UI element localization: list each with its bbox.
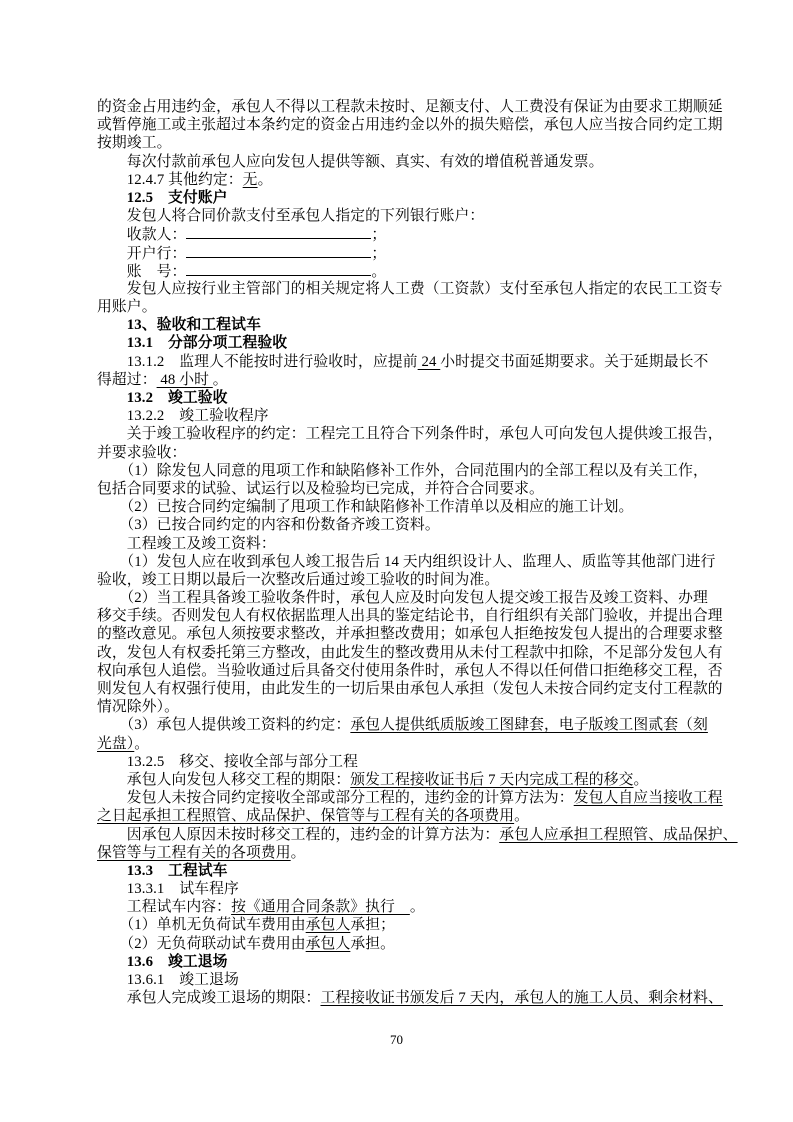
document-line: 验收，竣工日期以最后一次整改后通过竣工验收的时间为准。: [97, 571, 701, 589]
text-segment: 工程竣工及竣工资料：: [97, 536, 276, 552]
text-segment: 13.1.2 监理人不能按时进行验收时，应提前: [97, 354, 418, 370]
underlined-text-segment: 无: [243, 172, 258, 188]
underlined-text-segment: 光盘）: [97, 736, 134, 752]
document-line: 发包人将合同价款支付至承包人指定的下列银行账户：: [97, 207, 701, 225]
blank-underline-field: [186, 244, 371, 258]
text-segment: 按期竣工。: [97, 135, 172, 151]
text-segment: （2）已按合同约定编制了甩项工作和缺陷修补工作清单以及相应的施工计划。: [97, 499, 633, 515]
document-line: 发包人应按行业主管部门的相关规定将人工费（工资款）支付至承包人指定的农民工工资专: [97, 280, 701, 298]
text-segment: 13.3 工程试车: [97, 863, 228, 879]
text-segment: 12.4.7 其他约定：: [97, 172, 243, 188]
document-content: 的资金占用违约金，承包人不得以工程款未按时、足额支付、人工费没有保证为由要求工期…: [97, 98, 701, 1007]
document-line: 得超过： 48 小时 。: [97, 371, 701, 389]
text-segment: 发包人应按行业主管部门的相关规定将人工费（工资款）支付至承包人指定的农民工工资专: [97, 281, 723, 297]
underlined-text-segment: 保管等与工程有关的各项费用: [97, 845, 291, 861]
text-segment: 承包人完成竣工退场的期限：: [97, 990, 320, 1006]
text-segment: 13.6.1 竣工退场: [97, 972, 239, 988]
text-segment: 的整改意见。承包人须按要求整改，并承担整改费用；如承包人拒绝按发包人提出的合理要…: [97, 626, 723, 642]
document-line: 则发包人有权强行使用，由此发生的一切后果由承包人承担（发包人未按合同约定支付工程…: [97, 680, 701, 698]
text-segment: （2）当工程具备竣工验收条件时，承包人应及时向发包人提交竣工报告及竣工资料、办理: [97, 590, 708, 606]
document-line: 的资金占用违约金，承包人不得以工程款未按时、足额支付、人工费没有保证为由要求工期…: [97, 98, 701, 116]
document-line: 情况除外）。: [97, 698, 701, 716]
text-segment: 开户行：: [97, 246, 186, 262]
text-segment: 工程试车内容：: [97, 899, 231, 915]
underlined-text-segment: 48 小时: [157, 372, 213, 388]
document-line: （2）无负荷联动试车费用由承包人承担。: [97, 935, 701, 953]
document-line: 或暂停施工或主张超过本条约定的资金占用违约金以外的损失赔偿，承包人应当按合同约定…: [97, 116, 701, 134]
text-segment: 的资金占用违约金，承包人不得以工程款未按时、足额支付、人工费没有保证为由要求工期…: [97, 99, 723, 115]
text-segment: 13.1 分部分项工程验收: [97, 335, 287, 351]
underlined-text-segment: 发包人自应当接收工程: [574, 790, 723, 806]
document-line: 13.1.2 监理人不能按时进行验收时，应提前 24 小时提交书面延期要求。关于…: [97, 353, 701, 371]
text-segment: 改，发包人有权委托第三方整改，由此发生的整改费用从未付工程款中扣除，不足部分发包…: [97, 645, 723, 661]
underlined-text-segment: 之日起承担工程照管、成品保护、保管等与工程有关的各项费用: [97, 808, 514, 824]
document-line: 承包人向发包人移交工程的期限：颁发工程接收证书后 7 天内完成工程的移交。: [97, 771, 701, 789]
text-segment: 12.5 支付账户: [97, 190, 228, 206]
underlined-text-segment: 按《通用合同条款》执行: [231, 899, 410, 915]
text-segment: 用账户。: [97, 299, 157, 315]
document-line: 工程竣工及竣工资料：: [97, 535, 701, 553]
document-line: 开户行：；: [97, 244, 701, 262]
text-segment: 。: [291, 845, 306, 861]
text-segment: 13、验收和工程试车: [97, 317, 261, 333]
document-line: 13.3.1 试车程序: [97, 880, 701, 898]
document-line: （1）除发包人同意的甩项工作和缺陷修补工作外，合同范围内的全部工程以及有关工作，: [97, 462, 701, 480]
document-line: 改，发包人有权委托第三方整改，由此发生的整改费用从未付工程款中扣除，不足部分发包…: [97, 644, 701, 662]
document-line: （2）已按合同约定编制了甩项工作和缺陷修补工作清单以及相应的施工计划。: [97, 498, 701, 516]
document-line: 关于竣工验收程序的约定：工程完工且符合下列条件时，承包人可向发包人提供竣工报告，: [97, 425, 701, 443]
text-segment: 。: [134, 736, 149, 752]
text-segment: （1）除发包人同意的甩项工作和缺陷修补工作外，合同范围内的全部工程以及有关工作，: [97, 463, 708, 479]
document-line: （3）承包人提供竣工资料的约定：承包人提供纸质版竣工图肆套，电子版竣工图贰套（刻: [97, 716, 701, 734]
blank-underline-field: [186, 262, 371, 276]
text-segment: 13.2.5 移交、接收全部与部分工程: [97, 754, 358, 770]
document-line: 13.3 工程试车: [97, 862, 701, 880]
document-line: 之日起承担工程照管、成品保护、保管等与工程有关的各项费用。: [97, 807, 701, 825]
document-line: 12.5 支付账户: [97, 189, 701, 207]
text-segment: 或暂停施工或主张超过本条约定的资金占用违约金以外的损失赔偿，承包人应当按合同约定…: [97, 117, 723, 133]
document-line: 13.1 分部分项工程验收: [97, 334, 701, 352]
document-line: （3）已按合同约定的内容和份数备齐竣工资料。: [97, 516, 701, 534]
document-line: 13、验收和工程试车: [97, 316, 701, 334]
text-segment: 13.2 竣工验收: [97, 390, 228, 406]
text-segment: ；: [371, 227, 386, 243]
document-line: 用账户。: [97, 298, 701, 316]
document-line: （1）发包人应在收到承包人竣工报告后 14 天内组织设计人、监理人、质监等其他部…: [97, 553, 701, 571]
blank-underline-field: [186, 225, 371, 239]
document-line: 13.2.2 竣工验收程序: [97, 407, 701, 425]
text-segment: 承担。: [350, 936, 395, 952]
text-segment: 关于竣工验收程序的约定：工程完工且符合下列条件时，承包人可向发包人提供竣工报告，: [97, 426, 723, 442]
document-line: 因承包人原因未按时移交工程的，违约金的计算方法为：承包人应承担工程照管、成品保护…: [97, 826, 701, 844]
underlined-text-segment: 颁发工程接收证书后 7 天内完成工程的移交: [350, 772, 633, 788]
document-line: 每次付款前承包人应向发包人提供等额、真实、有效的增值税普通发票。: [97, 153, 701, 171]
document-line: 并要求验收：: [97, 444, 701, 462]
document-line: 12.4.7 其他约定：无。: [97, 171, 701, 189]
underlined-text-segment: 24: [418, 354, 441, 370]
document-line: 的整改意见。承包人须按要求整改，并承担整改费用；如承包人拒绝按发包人提出的合理要…: [97, 625, 701, 643]
text-segment: 。: [514, 808, 529, 824]
text-segment: 。: [410, 899, 425, 915]
document-line: 保管等与工程有关的各项费用。: [97, 844, 701, 862]
text-segment: （3）承包人提供竣工资料的约定：: [97, 717, 350, 733]
text-segment: 承包人向发包人移交工程的期限：: [97, 772, 350, 788]
document-line: 按期竣工。: [97, 134, 701, 152]
text-segment: （2）无负荷联动试车费用由: [97, 936, 306, 952]
text-segment: 并要求验收：: [97, 445, 186, 461]
text-segment: 因承包人原因未按时移交工程的，违约金的计算方法为：: [97, 827, 499, 843]
text-segment: 移交手续。否则发包人有权依据监理人出具的鉴定结论书，自行组织有关部门验收，并提出…: [97, 608, 723, 624]
text-segment: 验收，竣工日期以最后一次整改后通过竣工验收的时间为准。: [97, 572, 499, 588]
text-segment: 承担；: [350, 917, 395, 933]
document-line: 权向承包人追偿。当验收通过后具备交付使用条件时，承包人不得以任何借口拒绝移交工程…: [97, 662, 701, 680]
text-segment: 。: [258, 172, 273, 188]
text-segment: 发包人未按合同约定接收全部或部分工程的，违约金的计算方法为：: [97, 790, 574, 806]
text-segment: （1）发包人应在收到承包人竣工报告后 14 天内组织设计人、监理人、质监等其他部…: [97, 554, 716, 570]
text-segment: 得超过：: [97, 372, 157, 388]
text-segment: 发包人将合同价款支付至承包人指定的下列银行账户：: [97, 208, 484, 224]
document-line: （2）当工程具备竣工验收条件时，承包人应及时向发包人提交竣工报告及竣工资料、办理: [97, 589, 701, 607]
document-line: 13.6 竣工退场: [97, 953, 701, 971]
document-line: 发包人未按合同约定接收全部或部分工程的，违约金的计算方法为：发包人自应当接收工程: [97, 789, 701, 807]
text-segment: 包括合同要求的试验、试运行以及检验均已完成，并符合合同要求。: [97, 481, 544, 497]
document-line: 账 号：。: [97, 262, 701, 280]
document-line: 移交手续。否则发包人有权依据监理人出具的鉴定结论书，自行组织有关部门验收，并提出…: [97, 607, 701, 625]
text-segment: 则发包人有权强行使用，由此发生的一切后果由承包人承担（发包人未按合同约定支付工程…: [97, 681, 723, 697]
document-line: 13.2.5 移交、接收全部与部分工程: [97, 753, 701, 771]
text-segment: 情况除外）。: [97, 699, 179, 715]
underlined-text-segment: 工程接收证书颁发后 7 天内，承包人的施工人员、剩余材料、: [320, 990, 722, 1006]
document-line: 承包人完成竣工退场的期限：工程接收证书颁发后 7 天内，承包人的施工人员、剩余材…: [97, 989, 701, 1007]
text-segment: （1）单机无负荷试车费用由: [97, 917, 306, 933]
document-line: 13.6.1 竣工退场: [97, 971, 701, 989]
text-segment: 。: [371, 264, 386, 280]
text-segment: ；: [371, 246, 386, 262]
text-segment: 账 号：: [97, 264, 186, 280]
text-segment: 13.6 竣工退场: [97, 954, 228, 970]
underlined-text-segment: 承包人: [306, 917, 351, 933]
page-number: 70: [0, 1032, 793, 1048]
document-line: （1）单机无负荷试车费用由承包人承担；: [97, 916, 701, 934]
text-segment: （3）已按合同约定的内容和份数备齐竣工资料。: [97, 517, 440, 533]
document-line: 收款人：；: [97, 225, 701, 243]
document-page: 的资金占用违约金，承包人不得以工程款未按时、足额支付、人工费没有保证为由要求工期…: [0, 0, 793, 1122]
text-segment: 小时提交书面延期要求。关于延期最长不: [440, 354, 708, 370]
document-line: 包括合同要求的试验、试运行以及检验均已完成，并符合合同要求。: [97, 480, 701, 498]
underlined-text-segment: 承包人应承担工程照管、成品保护、: [499, 827, 737, 843]
text-segment: 权向承包人追偿。当验收通过后具备交付使用条件时，承包人不得以任何借口拒绝移交工程…: [97, 663, 723, 679]
document-line: 13.2 竣工验收: [97, 389, 701, 407]
underlined-text-segment: 承包人: [306, 936, 351, 952]
text-segment: 每次付款前承包人应向发包人提供等额、真实、有效的增值税普通发票。: [97, 154, 604, 170]
text-segment: 收款人：: [97, 227, 186, 243]
text-segment: 13.2.2 竣工验收程序: [97, 408, 269, 424]
document-line: 光盘）。: [97, 735, 701, 753]
document-line: 工程试车内容：按《通用合同条款》执行 。: [97, 898, 701, 916]
text-segment: 13.3.1 试车程序: [97, 881, 239, 897]
underlined-text-segment: 承包人提供纸质版竣工图肆套，电子版竣工图贰套（刻: [350, 717, 708, 733]
text-segment: 。: [634, 772, 649, 788]
text-segment: 。: [213, 372, 228, 388]
